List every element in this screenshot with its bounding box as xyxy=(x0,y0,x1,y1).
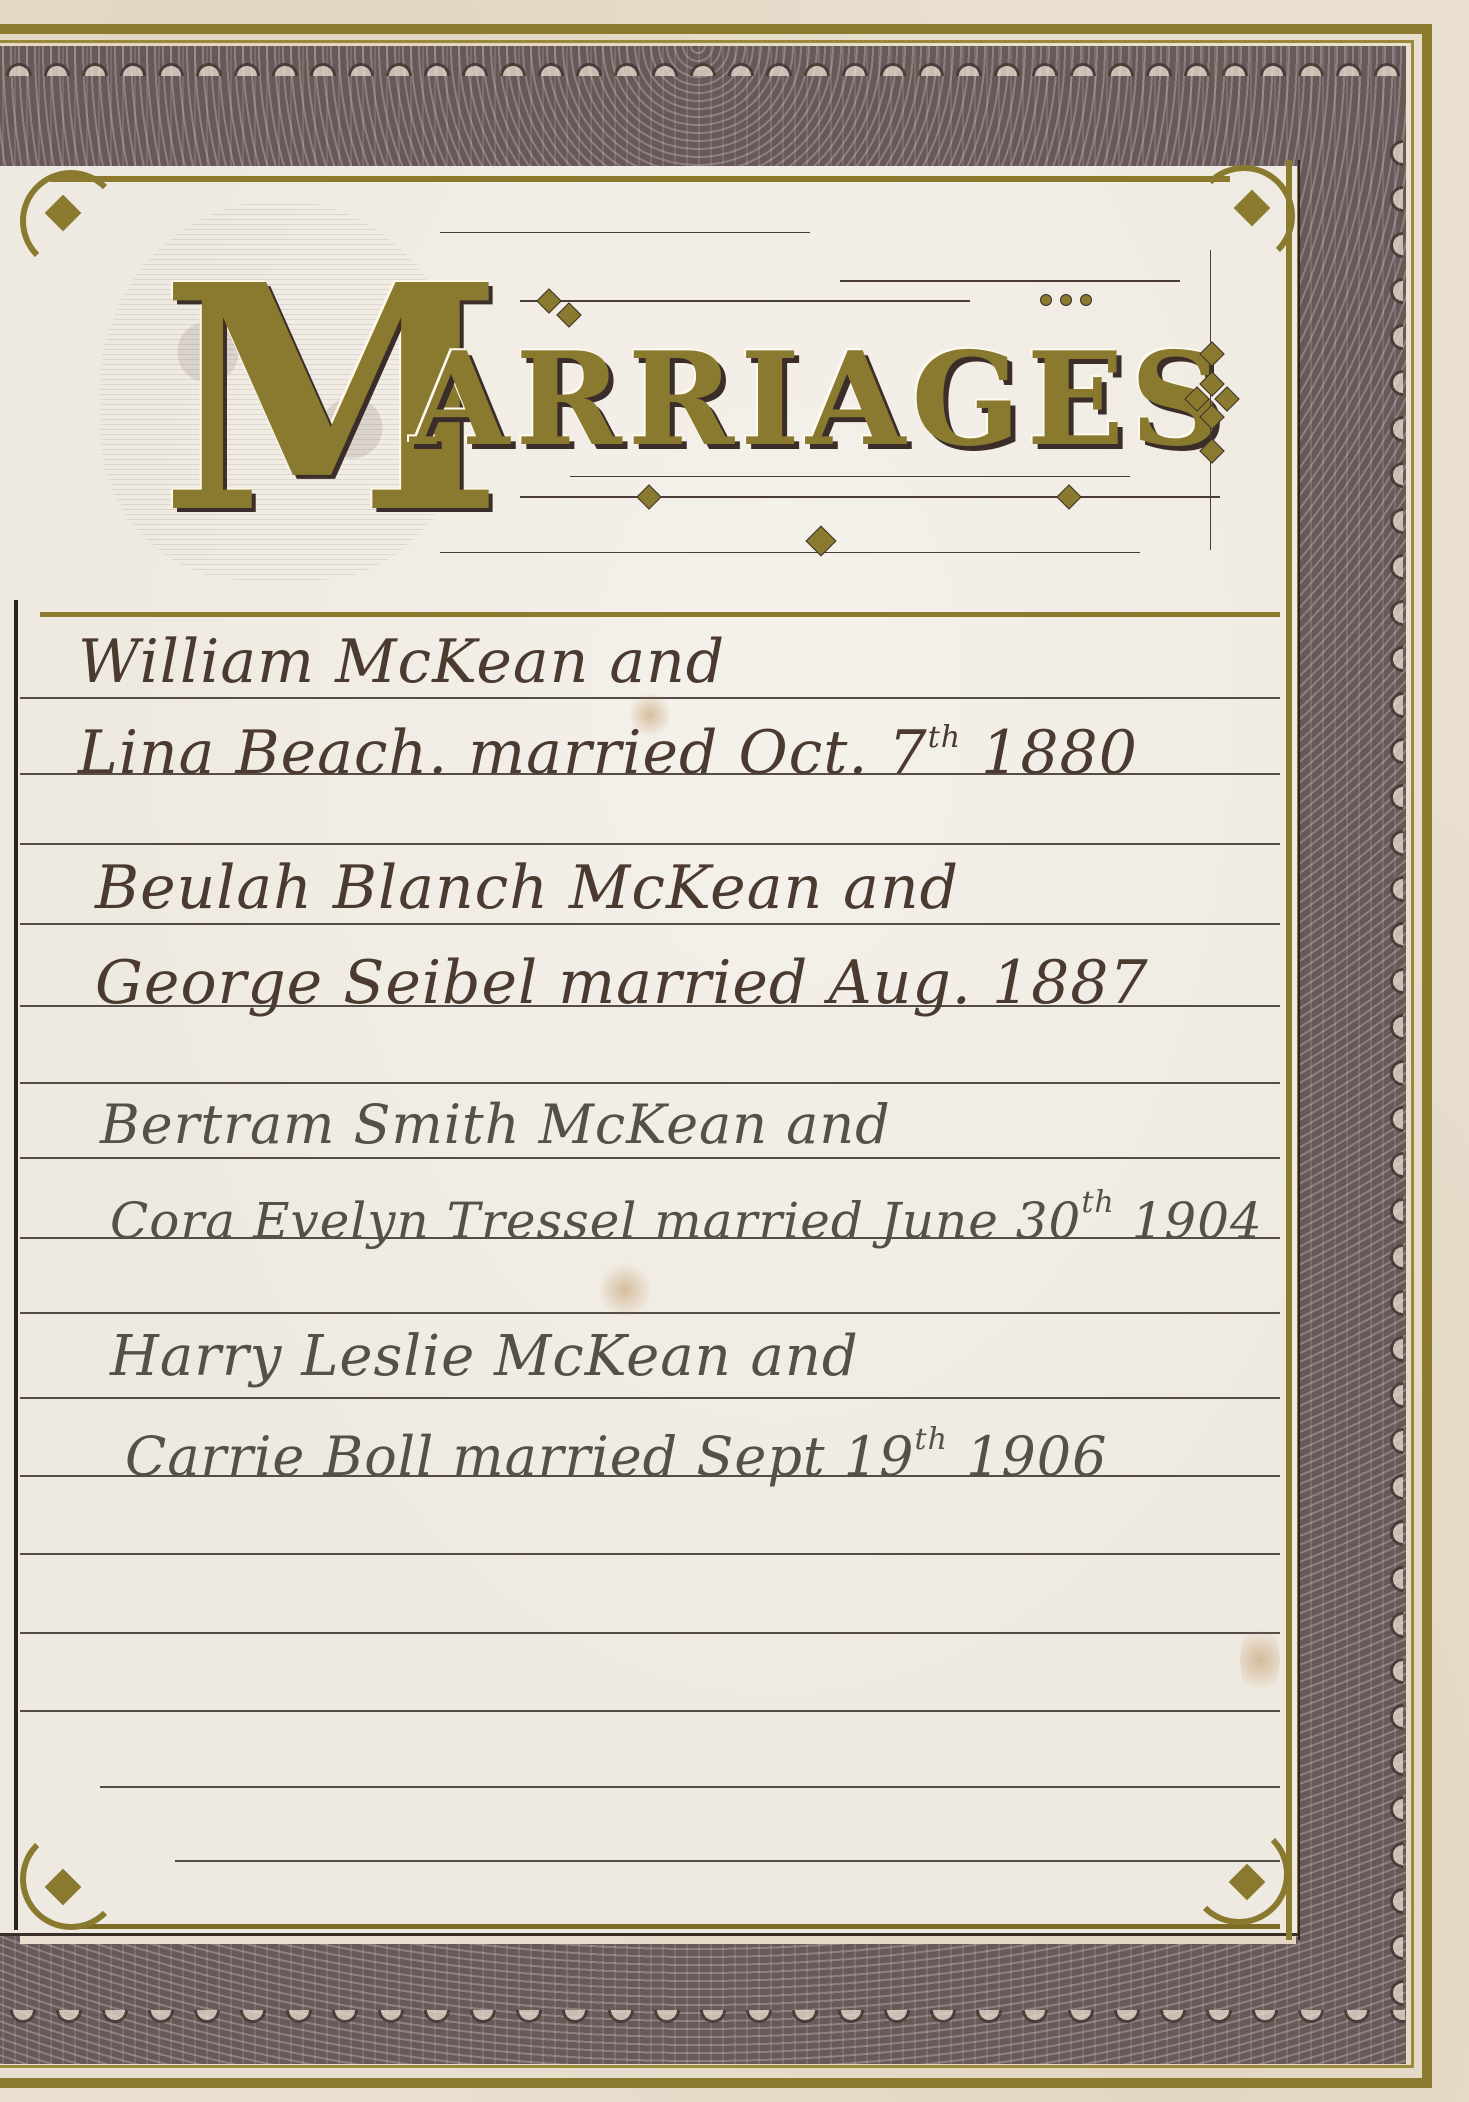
illuminated-initial: M xyxy=(160,250,430,550)
date-ordinal: th xyxy=(1081,1185,1114,1220)
date-ordinal: th xyxy=(928,720,961,755)
date-ordinal: th xyxy=(915,1422,948,1457)
flourish-line xyxy=(440,232,810,233)
inner-rule-right xyxy=(1298,160,1300,1940)
entry-line-1: Harry Leslie McKean and xyxy=(110,1322,859,1392)
ruled-line xyxy=(100,1786,1280,1788)
flourish-line xyxy=(520,496,1220,498)
inner-rule-left xyxy=(14,600,18,1930)
diamond-ornament-icon xyxy=(556,302,581,327)
ruled-line xyxy=(20,1632,1280,1634)
entry-line-1: Beulah Blanch McKean and xyxy=(95,853,959,923)
page-title: ARRIAGES xyxy=(410,330,1240,470)
dot-ornament-icon xyxy=(1080,294,1092,306)
scallop-border-bottom xyxy=(0,2010,1405,2038)
dot-ornament-icon xyxy=(1040,294,1052,306)
ruled-line xyxy=(20,1710,1280,1712)
scallop-border-top xyxy=(0,48,1405,76)
inner-gold-rule-right xyxy=(1286,160,1292,1940)
quatrefoil-ornament-icon xyxy=(636,484,661,509)
inner-gold-rule-bottom xyxy=(80,1924,1280,1929)
entry-text: Cora Evelyn Tressel married June 30 xyxy=(110,1192,1081,1250)
entry-year: 1906 xyxy=(948,1425,1108,1488)
entry-text: Lina Beach. married Oct. 7 xyxy=(78,718,928,788)
entry-year: 1880 xyxy=(961,718,1138,788)
paper-stain xyxy=(1240,1620,1280,1700)
ruled-line xyxy=(20,923,1280,925)
dot-ornament-icon xyxy=(1060,294,1072,306)
entry-line-1: William McKean and xyxy=(78,627,725,697)
entry-line-1: Bertram Smith McKean and xyxy=(100,1090,891,1160)
entry-year: 1904 xyxy=(1115,1192,1263,1250)
corner-ornament-bottom-right-icon xyxy=(1180,1815,1290,1925)
entry-year: 1887 xyxy=(972,948,1149,1018)
header-gold-rule xyxy=(40,612,1280,617)
flourish-line xyxy=(440,552,1140,553)
flourish-line xyxy=(1210,250,1211,550)
ruled-line xyxy=(20,1553,1280,1555)
corner-ornament-bottom-left-icon xyxy=(20,1820,130,1930)
page-header: M ARRIAGES xyxy=(40,180,1270,600)
ruled-line xyxy=(20,1082,1280,1084)
diamond-ornament-icon xyxy=(536,288,561,313)
entry-line-2: Cora Evelyn Tressel married June 30th 19… xyxy=(110,1168,1263,1256)
entry-text: Carrie Boll married Sept 19 xyxy=(125,1425,915,1488)
entry-line-2: George Seibel married Aug. 1887 xyxy=(95,933,1149,1018)
entry-line-2: Carrie Boll married Sept 19th 1906 xyxy=(125,1405,1108,1492)
ruled-line xyxy=(20,843,1280,845)
flourish-line xyxy=(520,300,970,302)
entry-line-2: Lina Beach. married Oct. 7th 1880 xyxy=(78,703,1138,788)
entry-text: George Seibel married Aug. xyxy=(95,948,972,1018)
ruled-line xyxy=(175,1860,1280,1862)
ruled-line xyxy=(20,1312,1280,1314)
paper-stain xyxy=(600,1260,650,1320)
scallop-border-right xyxy=(1375,130,1403,2010)
flourish-line xyxy=(840,280,1180,282)
ruled-line xyxy=(20,1397,1280,1399)
quatrefoil-ornament-icon xyxy=(1056,484,1081,509)
flourish-line xyxy=(570,476,1130,477)
